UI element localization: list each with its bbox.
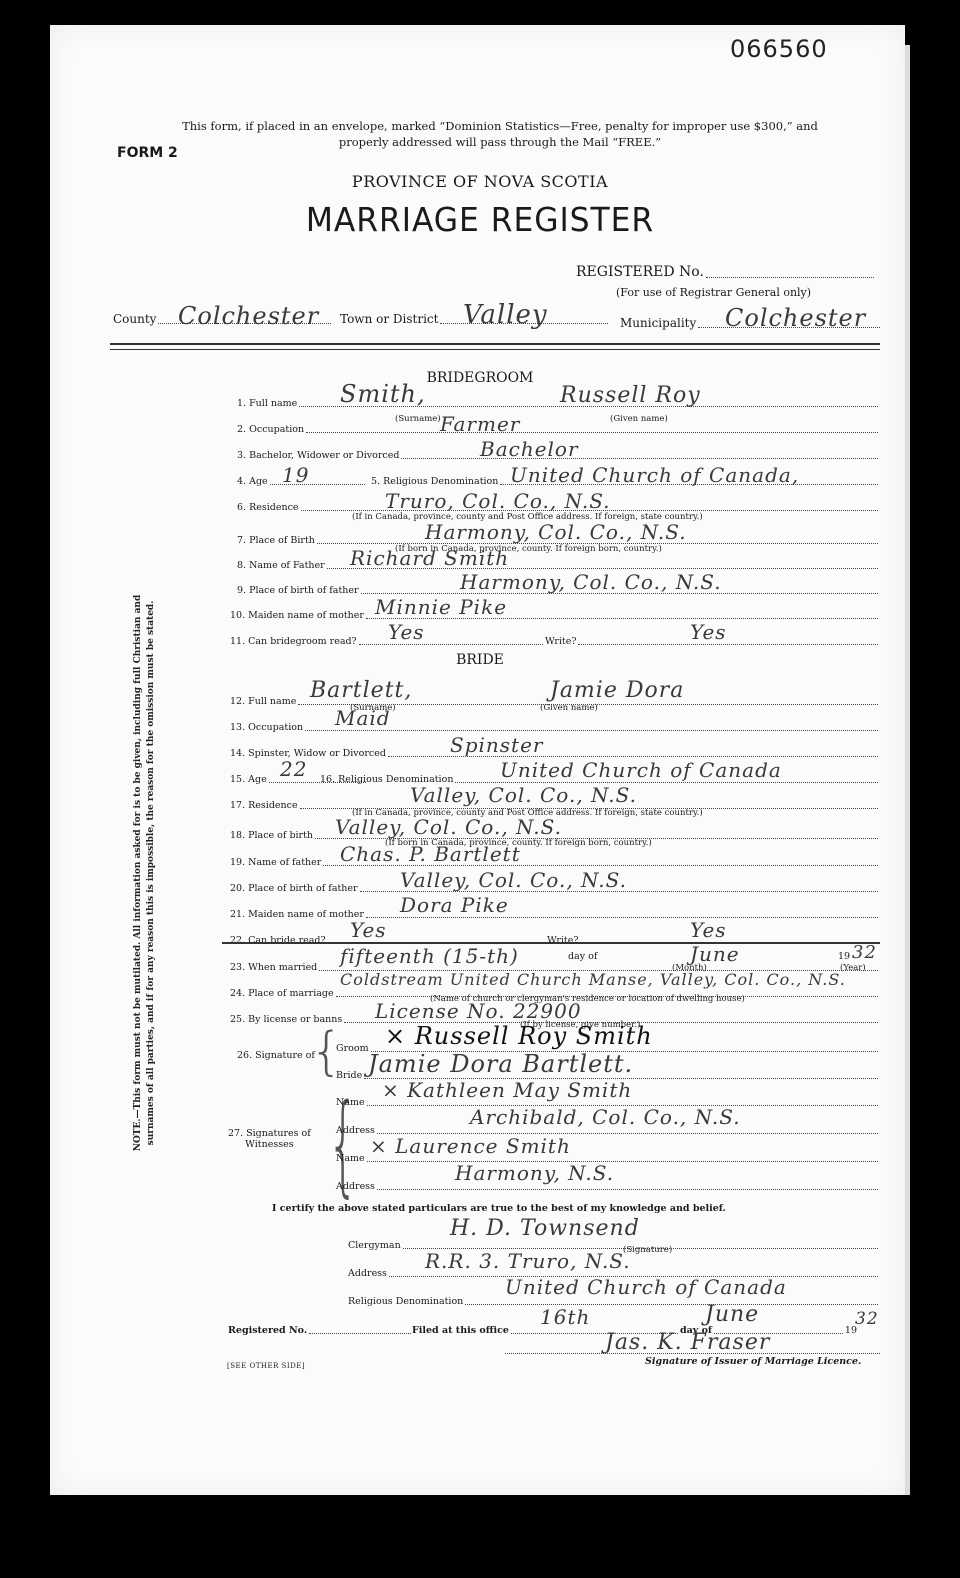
county-label: County (113, 312, 156, 326)
bride-birthplace-value: Valley, Col. Co., N.S. (335, 815, 562, 839)
bride-residence-value: Valley, Col. Co., N.S. (410, 783, 637, 807)
filing-registered-no-field: Registered No. (228, 1325, 413, 1336)
groom-father-birthplace-value: Harmony, Col. Co., N.S. (460, 570, 722, 594)
field-label: Groom (336, 1043, 369, 1054)
witness-2-address: Harmony, N.S. (455, 1161, 614, 1185)
clergyman-address: R.R. 3. Truro, N.S. (425, 1249, 631, 1273)
witnesses-label-line-1: 27. Signatures of (228, 1128, 311, 1139)
issuer-signature: Jas. K. Fraser (605, 1330, 770, 1355)
clergyman-signature: H. D. Townsend (450, 1216, 640, 1241)
groom-age-value: 19 (282, 463, 309, 487)
district-value: Valley (463, 300, 548, 330)
bridegroom-heading: BRIDEGROOM (0, 370, 960, 386)
groom-occupation-field: 2. Occupation (237, 424, 880, 435)
witness-1-address: Archibald, Col. Co., N.S. (470, 1105, 741, 1129)
bride-occupation-value: Maid (335, 706, 391, 730)
field-label: 11. Can bridegroom read? (230, 636, 357, 647)
bride-surname: Bartlett, (310, 678, 412, 703)
mail-notice-line-1: This form, if placed in an envelope, mar… (160, 118, 840, 134)
field-label: 15. Age (230, 774, 267, 785)
groom-signature: × Russell Roy Smith (385, 1022, 653, 1050)
bride-heading: BRIDE (0, 652, 960, 668)
filed-year-value: 32 (855, 1309, 879, 1329)
side-note-line-2: surnames of all parties, and if for any … (145, 543, 158, 1203)
bride-religion-value: United Church of Canada (500, 758, 782, 782)
registered-no-line (706, 276, 874, 278)
county-value: Colchester (178, 302, 319, 330)
bride-father-birthplace-value: Valley, Col. Co., N.S. (400, 868, 627, 892)
field-line (359, 643, 543, 645)
field-line (367, 1160, 878, 1162)
groom-full-name-field: 1. Full name (237, 398, 880, 409)
field-label: 21. Maiden name of mother (230, 909, 364, 920)
field-label: 1. Full name (237, 398, 297, 409)
groom-religion-value: United Church of Canada, (510, 463, 799, 487)
field-label: Name (336, 1097, 365, 1108)
filed-day-value: 16th (540, 1305, 590, 1329)
witnesses-label: 27. Signatures of Witnesses (228, 1128, 311, 1150)
field-label: 13. Occupation (230, 722, 303, 733)
field-label: 12. Full name (230, 696, 296, 707)
field-label: 10. Maiden name of mother (230, 610, 364, 621)
field-label: Religious Denomination (348, 1296, 463, 1307)
bride-mother-name-value: Dora Pike (400, 893, 509, 917)
bride-father-name-value: Chas. P. Bartlett (340, 842, 521, 866)
field-label: 17. Residence (230, 800, 298, 811)
groom-given-name: Russell Roy (560, 383, 701, 408)
issuer-signature-label: Signature of Issuer of Marriage Licence. (645, 1356, 861, 1367)
field-label: Address (336, 1181, 375, 1192)
clergyman-denomination: United Church of Canada (505, 1275, 787, 1299)
field-line (306, 431, 878, 433)
field-label: 20. Place of birth of father (230, 883, 358, 894)
page-title: MARRIAGE REGISTER (24, 200, 936, 239)
field-label: 23. When married (230, 962, 317, 973)
divider (222, 942, 880, 946)
groom-can-write-value: Yes (690, 620, 727, 644)
given-name-hint: (Given name) (540, 703, 598, 713)
registered-no-note: (For use of Registrar General only) (616, 286, 811, 299)
groom-marital-status-value: Bachelor (480, 437, 579, 461)
field-label: 14. Spinster, Widow or Divorced (230, 748, 386, 759)
place-of-marriage-value: Coldstream United Church Manse, Valley, … (340, 970, 846, 989)
witnesses-label-line-2: Witnesses (228, 1139, 311, 1150)
field-label: 4. Age (237, 476, 268, 487)
see-other-side-note: [SEE OTHER SIDE] (227, 1362, 305, 1370)
given-name-hint: (Given name) (610, 414, 668, 424)
bride-occupation-field: 13. Occupation (230, 722, 880, 733)
surname-hint: (Surname) (395, 414, 441, 424)
divider (110, 343, 880, 350)
field-label: Registered No. (228, 1325, 307, 1336)
municipality-label: Municipality (620, 316, 696, 330)
document-number: 066560 (730, 35, 828, 63)
mail-notice-line-2: properly addressed will pass through the… (160, 134, 840, 150)
filed-month-value: June (705, 1302, 759, 1327)
field-label: Name (336, 1153, 365, 1164)
side-note: NOTE.—This form must not be mutilated. A… (132, 543, 158, 1203)
registered-no-label: REGISTERED No. (576, 264, 704, 280)
witness-2-name: × Laurence Smith (370, 1134, 571, 1158)
groom-occupation-value: Farmer (440, 412, 520, 436)
groom-father-name-value: Richard Smith (350, 546, 509, 570)
field-label: 8. Name of Father (237, 560, 325, 571)
field-line (377, 1188, 878, 1190)
field-label: 24. Place of marriage (230, 988, 334, 999)
district-label: Town or District (340, 312, 438, 326)
field-label: 3. Bachelor, Widower or Divorced (237, 450, 399, 461)
bride-marital-status-value: Spinster (450, 733, 543, 757)
year-prefix: 19 (836, 951, 852, 962)
field-line (305, 729, 878, 731)
field-line (465, 1303, 878, 1305)
field-label: Write? (545, 636, 576, 647)
field-label: Address (348, 1268, 387, 1279)
bride-age-value: 22 (280, 757, 307, 781)
field-line (401, 457, 878, 459)
field-line (309, 1332, 411, 1334)
marriage-year-value: 32 (852, 942, 877, 963)
side-note-line-1: NOTE.—This form must not be mutilated. A… (132, 543, 145, 1203)
field-label: 6. Residence (237, 502, 299, 513)
field-label: 9. Place of birth of father (237, 585, 359, 596)
groom-mother-name-value: Minnie Pike (375, 595, 507, 619)
field-label: 18. Place of birth (230, 830, 313, 841)
field-label: 2. Occupation (237, 424, 304, 435)
bride-can-read-value: Yes (350, 918, 387, 942)
marriage-day-value: fifteenth (15-th) (340, 944, 519, 968)
bride-father-name-field: 19. Name of father (230, 857, 880, 868)
municipality-value: Colchester (725, 304, 866, 332)
registered-no-field: REGISTERED No. (576, 264, 876, 280)
form-label: FORM 2 (117, 145, 178, 161)
groom-mother-name-field: 10. Maiden name of mother (230, 610, 880, 621)
groom-surname: Smith, (340, 380, 426, 408)
bride-signature: Jamie Dora Bartlett. (368, 1050, 633, 1078)
mail-notice: This form, if placed in an envelope, mar… (160, 118, 840, 150)
certification-statement: I certify the above stated particulars a… (272, 1203, 726, 1214)
field-label: Filed at this office (412, 1325, 509, 1336)
bride-can-write-value: Yes (690, 918, 727, 942)
bride-mother-name-field: 21. Maiden name of mother (230, 909, 880, 920)
groom-residence-value: Truro, Col. Co., N.S. (385, 489, 611, 513)
day-of-label: day of (566, 951, 599, 962)
field-label: Clergyman (348, 1240, 401, 1251)
province-heading: PROVINCE OF NOVA SCOTIA (0, 172, 960, 191)
field-label: 7. Place of Birth (237, 535, 315, 546)
witness-1-name: × Kathleen May Smith (382, 1078, 632, 1102)
field-label: 19. Name of father (230, 857, 321, 868)
groom-can-read-value: Yes (388, 620, 425, 644)
bride-given-name: Jamie Dora (550, 678, 684, 703)
field-line (578, 643, 878, 645)
field-label: 5. Religious Denomination (371, 476, 498, 487)
groom-birthplace-value: Harmony, Col. Co., N.S. (425, 520, 687, 544)
signature-of-label: 26. Signature of (237, 1050, 315, 1061)
